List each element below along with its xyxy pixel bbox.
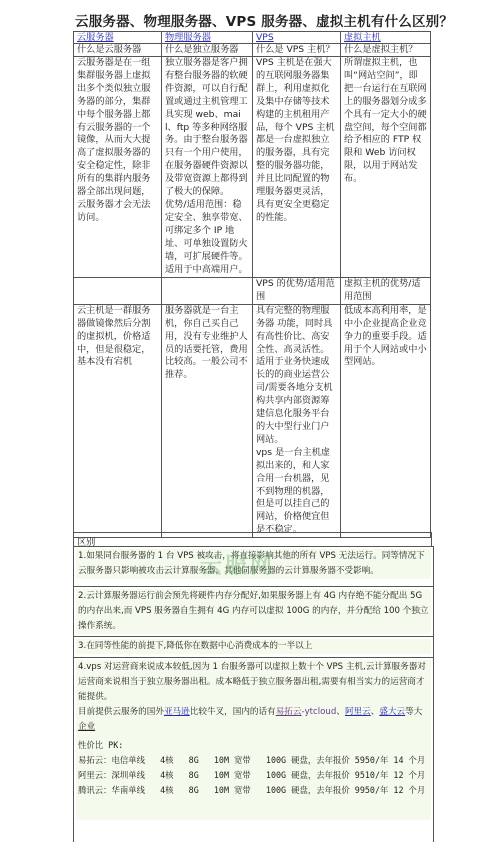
pk-row-aliyun: 阿里云：深圳单线 4核 8G 10M 宽带 100G 硬盘，去年报价 9510/… xyxy=(78,768,429,783)
advantage-cell: 云主机是一群服务器做镜像然后分割的虚拟机，价格适中，但是很稳定，基本没有宕机 xyxy=(74,304,162,537)
page-title: 云服务器、物理服务器、VPS 服务器、虚拟主机有什么区别？ xyxy=(75,10,453,30)
link-aliyun[interactable]: 阿里云 xyxy=(345,707,371,717)
header-link-physical-server[interactable]: 物理服务器 xyxy=(165,32,211,43)
watermark: 云服网 xyxy=(200,549,275,580)
question-cell: 什么是虚拟主机？ xyxy=(341,44,431,57)
question-cell: 什么是 VPS 主机？ xyxy=(253,44,341,57)
link-enterprise[interactable]: 企业 xyxy=(78,722,95,732)
advantage-cell: 服务器就是一台主机，你自己买自己用，没有专业维护人员的话要托管，费用比较高。一般… xyxy=(162,304,253,537)
header-link-vps[interactable]: VPS xyxy=(256,32,274,43)
advantage-header-cell xyxy=(74,278,162,305)
definition-cell: 独立服务器是客户拥有整台服务器的软硬件资源，可以自行配置或通过主机管理工具实现 … xyxy=(162,57,253,278)
definition-row: 云服务器是在一组集群服务器上虚拟出多个类似独立服务器的部分，集群中每个服务器上都… xyxy=(74,57,431,278)
question-row: 什么是云服务器 什么是独立服务器 什么是 VPS 主机？ 什么是虚拟主机？ xyxy=(74,44,431,57)
link-shanda[interactable]: 盛大云 xyxy=(379,707,405,717)
pk-row-tencent: 腾讯云：华南单线 4核 8G 10M 宽带 100G 硬盘，去年报价 9950/… xyxy=(78,783,429,798)
advantage-row: 云主机是一群服务器做镜像然后分割的虚拟机，价格适中，但是很稳定，基本没有宕机 服… xyxy=(74,304,431,537)
definition-cell: 所谓虚拟主机，也叫“网站空间”，即把一台运行在互联网上的服务器划分成多个具有一定… xyxy=(341,57,431,278)
definition-cell: VPS 主机是在强大的互联网服务器集群上，利用虚拟化及集中存储等技术构建的主机租… xyxy=(253,57,341,278)
difference-item-4: 4.vps 对运营商来说成本较低,因为 1 台服务器可以虚拟上数十个 VPS 主… xyxy=(73,657,434,842)
advantage-header-cell xyxy=(162,278,253,305)
difference-item-2: 2.云计算服务器运行前会预先将硬件内存分配好,如果服务器上有 4G 内存绝不能分… xyxy=(73,586,434,640)
item4-text: 4.vps 对运营商来说成本较低,因为 1 台服务器可以虚拟上数十个 VPS 主… xyxy=(78,660,429,705)
pk-title: 性价比 PK: xyxy=(78,738,429,753)
advantage-cell: 低成本高利用率，是中小企业提高企业竞争力的重要手段。适用于个人网站或中小型网站。 xyxy=(341,304,431,537)
pk-row-ytcloud: 易拓云：电信单线 4核 8G 10M 宽带 100G 硬盘，去年报价 5950/… xyxy=(78,753,429,768)
link-ytcloud[interactable]: 易拓云 xyxy=(276,707,302,717)
header-link-cloud-server[interactable]: 云服务器 xyxy=(77,32,114,43)
link-amazon[interactable]: 亚马逊 xyxy=(164,707,190,717)
advantage-header-cell: VPS 的优势/适用范围 xyxy=(253,278,341,305)
advantage-cell: 具有完整的物理服务器 功能，同时具有高性价比、高安全性、高灵活性。适用于业务快速… xyxy=(253,304,341,537)
comparison-table: 云服务器 物理服务器 VPS 虚拟主机 什么是云服务器 什么是独立服务器 什么是… xyxy=(73,31,431,538)
difference-item-3: 3.在同等性能的前提下,降低你在数据中心消费成本的一半以上 xyxy=(73,636,434,659)
question-cell: 什么是云服务器 xyxy=(74,44,162,57)
header-link-virtual-host[interactable]: 虚拟主机 xyxy=(344,32,381,43)
advantage-header-cell: 虚拟主机的优势/适用范围 xyxy=(341,278,431,305)
question-cell: 什么是独立服务器 xyxy=(162,44,253,57)
providers-line: 目前提供云服务的国外亚马逊比较牛叉，国内的话有易拓云-ytcloud、阿里云、盛… xyxy=(78,705,429,735)
advantage-header-row: VPS 的优势/适用范围 虚拟主机的优势/适用范围 xyxy=(74,278,431,305)
header-row: 云服务器 物理服务器 VPS 虚拟主机 xyxy=(74,32,431,44)
definition-cell: 云服务器是在一组集群服务器上虚拟出多个类似独立服务器的部分，集群中每个服务器上都… xyxy=(74,57,162,278)
